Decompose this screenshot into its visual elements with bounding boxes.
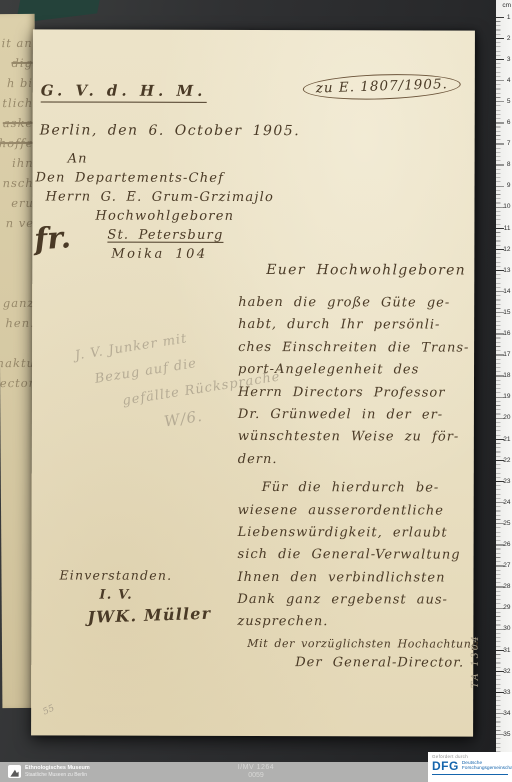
address-line: Hochwohlgeboren [95,207,274,226]
approval-iv: I. V. [99,588,211,603]
previous-page-text-fragment: hoffe [0,136,34,156]
body-line: habt, durch Ihr persönli- [238,314,474,337]
body-line: wiesene ausserordentliche [238,499,474,522]
signature-title: Der General-Director. [295,655,473,670]
ruler-number: 10 [501,204,511,210]
margin-initial: fr. [33,220,72,257]
file-number-circled: zu E. 1807/1905. [302,72,461,102]
body-line: port-Angelegenheit des [238,359,474,382]
closing-formula: Mit der vorzüglichsten Hochachtung [247,637,473,651]
body-line: Herrn Directors Professor [238,382,474,405]
funding-org-name: Deutsche Forschungsgemeinschaft [462,761,512,772]
ruler-number: 29 [501,605,511,611]
ruler-number: 19 [501,394,511,400]
ruler-number: 14 [501,289,511,295]
ruler-number: 2 [501,36,511,42]
ruler-unit-label: cm [502,2,511,9]
previous-page-text-fragment: nsch [3,176,34,196]
ruler-number: 13 [501,268,511,274]
previous-page-text-fragment: h bi [7,76,33,96]
address-line: Den Departements-Chef [36,168,275,188]
dfg-blue-rule [432,774,508,776]
vertical-shelfmark: TA 1304 [470,608,481,688]
pencil-page-number: 55 [42,704,57,718]
address-line: Herrn G. E. Grum-Grzimajlo [45,187,274,207]
previous-page-text-fragment: rector [0,376,35,396]
previous-page-text-fragment: n ve [6,216,35,236]
ruler-number: 8 [501,162,511,168]
ruler-number: 17 [501,352,511,358]
ruler-number: 6 [501,120,511,126]
ruler-number: 24 [501,500,511,506]
ruler-number: 34 [501,711,511,717]
ruler-number: 22 [501,458,511,464]
address-line: St. Petersburg [107,226,274,245]
measurement-ruler: cm 1234567891011121314151617181920212223… [496,0,512,757]
ruler-number: 9 [501,183,511,189]
dfg-logo: DFG [432,760,459,772]
ruler-number: 27 [501,563,511,569]
body-line: haben die große Güte ge- [238,292,474,315]
funding-credit-box: Gefördert durch DFG Deutsche Forschungsg… [428,752,512,782]
approval-signature: JWK. Müller [87,604,211,627]
body-line: dern. [238,449,474,472]
funding-org-line2: Forschungsgemeinschaft [462,766,512,772]
body-line: Für die hierdurch be- [238,477,474,500]
previous-page-text-fragment: hen. [5,316,34,336]
ruler-number: 25 [501,521,511,527]
previous-page-text-fragment: tlich [2,96,33,116]
previous-page-text-fragment: it an [2,36,33,56]
body-line: Dr. Grünwedel in der er- [238,404,474,427]
previous-page-text-fragment: ihn [12,156,34,176]
funding-logo-row: DFG Deutsche Forschungsgemeinschaft [432,760,508,772]
ruler-number: 4 [501,78,511,84]
approval-word: Einverstanden. [59,567,211,582]
approval-block: Einverstanden. I. V. JWK. Müller [59,567,211,624]
letter-page: G. V. d. H. M. zu E. 1807/1905. Berlin, … [31,29,475,736]
previous-page-text-fragment: aske [3,116,34,136]
body-line: ches Einschreiten die Trans- [238,337,474,360]
salutation: Euer Hochwohlgeboren [266,262,474,279]
ruler-number: 35 [501,732,511,738]
ruler-number: 15 [501,310,511,316]
ruler-number: 11 [501,226,511,232]
ruler-number: 5 [501,99,511,105]
body-line: Dank ganz ergebenst aus- [237,589,473,612]
letter-body: Euer Hochwohlgeboren haben die große Güt… [237,262,474,670]
body-line: Ihnen den verbindlichsten [237,567,473,590]
body-line: zusprechen. [237,611,473,634]
ruler-number: 7 [501,141,511,147]
ruler-number: 12 [501,247,511,253]
ruler-number: 3 [501,57,511,63]
ruler-number: 16 [501,331,511,337]
previous-page-text-fragment: ganz [3,296,35,316]
date-line: Berlin, den 6. October 1905. [40,122,301,139]
body-line: Liebenswürdigkeit, erlaubt [238,522,474,545]
ruler-number: 20 [501,415,511,421]
reference-mark: G. V. d. H. M. [41,81,207,102]
address-line: An [68,150,275,170]
previous-page-text-fragment: chaktu [0,356,35,376]
ruler-number: 33 [501,690,511,696]
ruler-number: 31 [501,648,511,654]
ruler-number: 26 [501,542,511,548]
ruler-number: 28 [501,584,511,590]
ruler-number: 30 [501,626,511,632]
ruler-number: 18 [501,373,511,379]
ruler-number: 1 [501,15,511,21]
ruler-number: 21 [501,437,511,443]
ruler-number: 32 [501,669,511,675]
body-line: wünschtesten Weise zu för- [238,426,474,449]
ruler-number: 23 [501,479,511,485]
previous-page-text-fragment: eru [11,196,34,216]
paragraph-1: haben die große Güte ge-habt, durch Ihr … [238,292,474,472]
paragraph-2: Für die hierdurch be-wiesene ausserorden… [237,477,473,634]
body-line: sich die General-Verwaltung [238,544,474,567]
previous-page-text-fragment: dig [11,56,33,76]
